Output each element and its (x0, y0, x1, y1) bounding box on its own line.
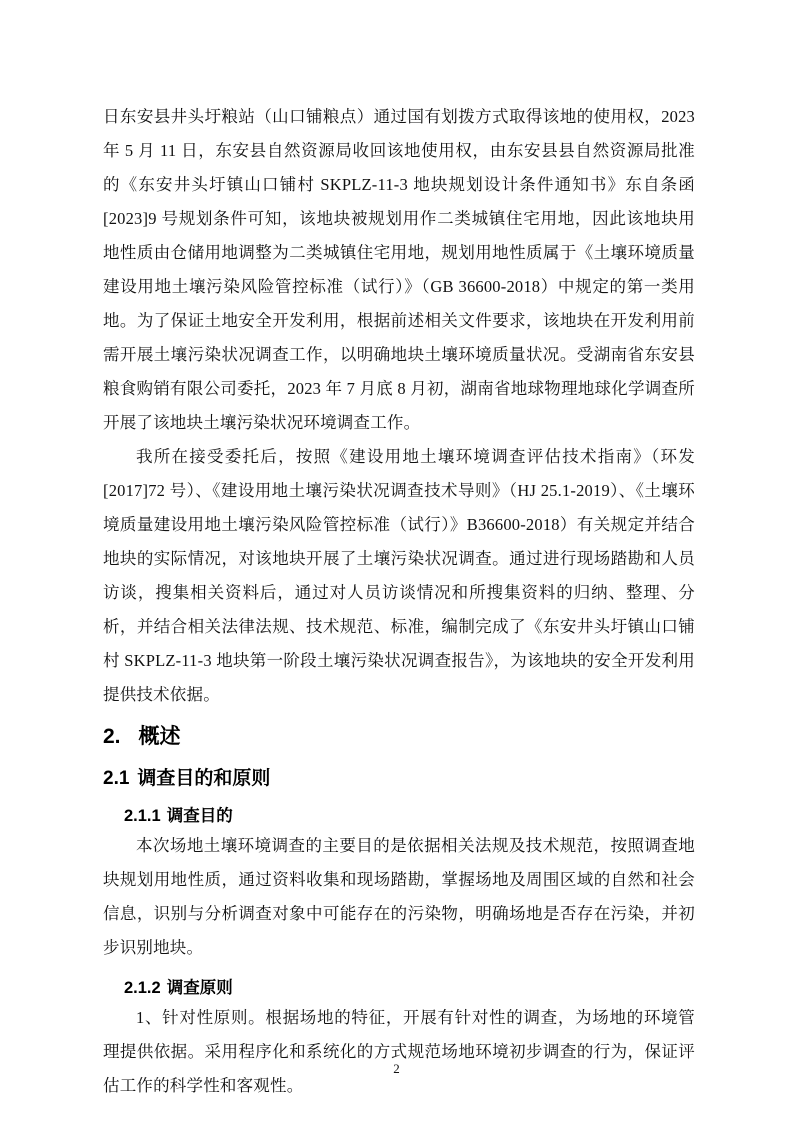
paragraph-purpose: 本次场地土壤环境调查的主要目的是依据相关法规及技术规范，按照调查地块规划用地性质… (103, 829, 695, 965)
section-title: 调查目的和原则 (137, 768, 270, 789)
subsection-title: 调查目的 (167, 807, 233, 825)
section-number: 2.1 (103, 768, 129, 789)
paragraph-principle-targeted: 1、针对性原则。根据场地的特征，开展有针对性的调查，为场地的环境管理提供依据。采… (103, 1001, 695, 1103)
subsection-title: 调查原则 (167, 979, 233, 997)
section-heading-purpose-principles: 2.1调查目的和原则 (103, 765, 695, 793)
section-number: 2. (103, 725, 121, 748)
section-heading-overview: 2.概述 (103, 722, 695, 752)
page-number: 2 (0, 1061, 793, 1077)
subsection-heading-purpose: 2.1.1调查目的 (103, 803, 695, 829)
paragraph-land-use-history: 日东安县井头圩粮站（山口铺粮点）通过国有划拨方式取得该地的使用权，2023 年 … (103, 100, 695, 440)
document-page: 日东安县井头圩粮站（山口铺粮点）通过国有划拨方式取得该地的使用权，2023 年 … (0, 0, 793, 1122)
subsection-heading-principles: 2.1.2调查原则 (103, 975, 695, 1001)
section-title: 概述 (139, 725, 181, 748)
paragraph-commission-work: 我所在接受委托后，按照《建设用地土壤环境调查评估技术指南》（环发[2017]72… (103, 440, 695, 712)
document-body: 日东安县井头圩粮站（山口铺粮点）通过国有划拨方式取得该地的使用权，2023 年 … (103, 100, 695, 1103)
subsection-number: 2.1.1 (124, 807, 161, 825)
subsection-number: 2.1.2 (124, 979, 161, 997)
